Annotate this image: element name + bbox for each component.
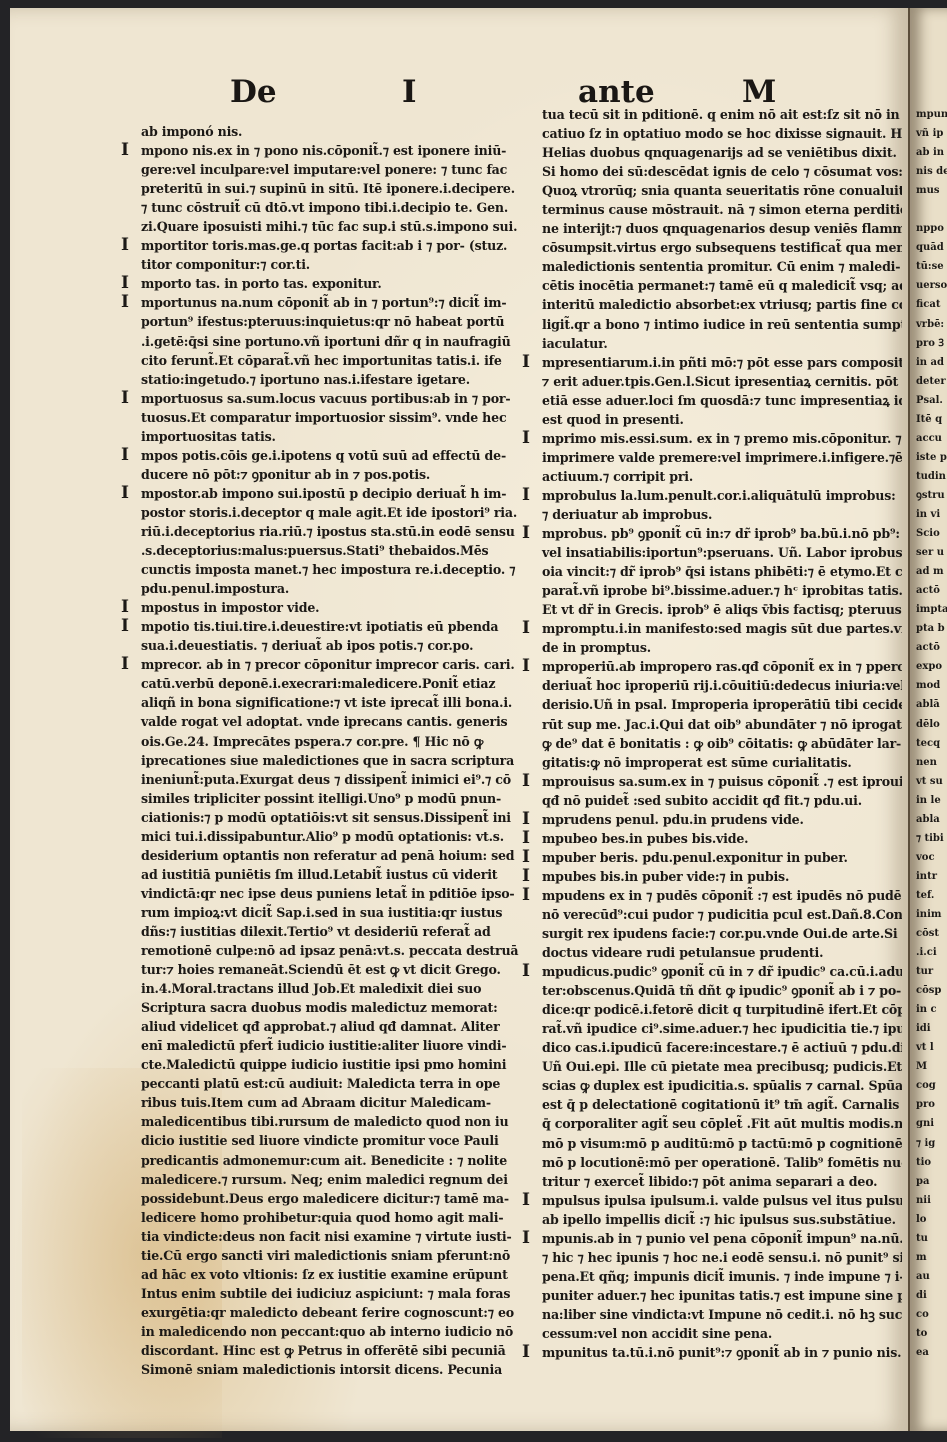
line-text: mpubes bis.in puber vide:⁊ in pubis. xyxy=(542,869,789,884)
text-line: ⁊ erit aduer.tpis.Gen.l.Sicut ipresentia… xyxy=(522,372,902,391)
text-line: mici tui.i.dissipabuntur.Alio⁹ p modū op… xyxy=(121,827,529,846)
line-text: discordant. Hinc est ꝙ Petrus in offerēt… xyxy=(141,1343,506,1358)
text-line: terminus cause mōstrauit. nā ⁊ simon ete… xyxy=(522,200,902,219)
text-line: interitū maledictio absorbet:ex vtriusq;… xyxy=(522,295,902,314)
line-text: in maledicendo non peccant:quo ab intern… xyxy=(141,1324,513,1339)
line-text: cito ferunt̃.Et cōparat̃.vñ hec importun… xyxy=(141,353,502,368)
line-text: tritur ⁊ exercet̃ libido:⁊ pōt anima sep… xyxy=(542,1174,877,1189)
line-text: ⁊ deriuatur ab improbus. xyxy=(542,507,712,522)
line-text: dñs:⁊ iustitias dilexit.Tertio⁹ vt desid… xyxy=(141,924,491,939)
fragment-line: in vi xyxy=(916,505,947,524)
entry-initial: I xyxy=(522,657,530,676)
fragment-line: deter xyxy=(916,372,947,391)
line-text: interitū maledictio absorbet:ex vtriusq;… xyxy=(542,297,902,312)
text-line: de in promptus. xyxy=(522,638,902,657)
text-line: etiā esse aduer.loci ſm quosdā:⁊ tunc im… xyxy=(522,391,902,410)
entry-initial: I xyxy=(121,293,129,312)
line-text: mō p locutionē:mō per operationē. Talib⁹… xyxy=(542,1155,902,1170)
line-text: ad hāc ex voto vltionis: ſz ex iustitie … xyxy=(141,1267,508,1282)
left-column: ab imponó nis.Impono nis.ex in ⁊ pono ni… xyxy=(121,122,529,1379)
text-line: Improuisus sa.sum.ex in ⁊ puisus cōponit… xyxy=(522,772,902,791)
line-text: ciationis:⁊ p modū optatiōis:vt sit sens… xyxy=(141,810,511,825)
text-line: Impuber beris. pdu.penul.exponitur in pu… xyxy=(522,848,902,867)
text-line: Intus enim subtile dei iudiciuz aspiciun… xyxy=(121,1284,529,1303)
entry-initial: I xyxy=(522,429,530,448)
text-line: aliud videlicet qđ approbat.⁊ aliud qđ d… xyxy=(121,1017,529,1036)
line-text: maledictionis sententia promitur. Cū eni… xyxy=(542,259,900,274)
text-line: iaculatur. xyxy=(522,334,902,353)
fragment-line: .i.ci xyxy=(916,943,947,962)
text-line: cunctis imposta manet.⁊ hec impostura re… xyxy=(121,560,529,579)
text-line: Impostus in impostor vide. xyxy=(121,598,529,617)
fragment-line: cōst xyxy=(916,924,947,943)
line-text: Simonē sniam maledictionis intorsit dice… xyxy=(141,1362,502,1377)
text-line: est quod in presenti. xyxy=(522,410,902,429)
text-line: Helias duobus qnquagenarijs ad se veniēt… xyxy=(522,143,902,162)
entry-initial: I xyxy=(121,446,129,465)
line-text: na:liber sine vindicta:vt Impune nō cedi… xyxy=(542,1307,902,1322)
text-line: tritur ⁊ exercet̃ libido:⁊ pōt anima sep… xyxy=(522,1172,902,1191)
fragment-line: impta xyxy=(916,600,947,619)
text-line: riū.i.deceptorius ria.riū.⁊ ipostus sta.… xyxy=(121,522,529,541)
text-line: ⁊ deriuatur ab improbus. xyxy=(522,505,902,524)
line-text: mpubeo bes.in pubes bis.vide. xyxy=(542,831,748,846)
line-text: mpresentiarum.i.in pñti mō:⁊ pōt esse pa… xyxy=(542,355,902,370)
line-text: rat̃.vñ ipudice ci⁹.sime.aduer.⁊ hec ipu… xyxy=(542,1021,902,1036)
fragment-line: in c xyxy=(916,1000,947,1019)
line-text: ne interijt:⁊ duos qnquagenarios desup v… xyxy=(542,221,902,236)
line-text: ⁊ tunc cōstruit̃ cū dtō.vt impono tibi.i… xyxy=(141,200,508,215)
text-line: catiuo ſz in optatiuo modo se hoc dixiss… xyxy=(522,124,902,143)
text-line: oia vincit:⁊ dr̃ iprob⁹ q̄si istans phib… xyxy=(522,562,902,581)
line-text: titor componitur:⁊ cor.ti. xyxy=(141,257,310,272)
fragment-line: tudin xyxy=(916,467,947,486)
text-line: enī maledictū pfert̃ iudicio iustitie:al… xyxy=(121,1036,529,1055)
fragment-line: pa xyxy=(916,1172,947,1191)
text-line: tur:⁊ hoies remaneāt.Sciendū ēt est ꝙ vt… xyxy=(121,960,529,979)
entry-initial: I xyxy=(522,1229,530,1248)
fragment-line: nppo xyxy=(916,219,947,238)
fragment-line: pta b xyxy=(916,619,947,638)
fragment-line: ea xyxy=(916,1343,947,1362)
text-line: maledictionis sententia promitur. Cū eni… xyxy=(522,257,902,276)
line-text: mpunitus ta.tū.i.nō punit⁹:⁊ ꝯponit̃ ab … xyxy=(542,1345,901,1360)
line-text: dice:qr podicē.i.fetorē dicit q turpitud… xyxy=(542,1002,902,1017)
text-line: Impono nis.ex in ⁊ pono nis.cōponit̃.⁊ e… xyxy=(121,141,529,160)
text-line: Importunus na.num cōponit̃ ab in ⁊ portu… xyxy=(121,293,529,312)
text-line: Impromptu.i.in manifesto:sed magis sūt d… xyxy=(522,619,902,638)
line-text: ab imponó nis. xyxy=(141,124,242,139)
text-line: maledicere.⁊ rursum. Neq; enim maledici … xyxy=(121,1170,529,1189)
text-line: ledicere homo prohibetur:quia quod homo … xyxy=(121,1208,529,1227)
text-line: Impotio tis.tiui.tire.i.deuestire:vt ipo… xyxy=(121,617,529,636)
line-text: rūt sup me. Jac.i.Qui dat oib⁹ abundāter… xyxy=(542,717,902,732)
line-text: aliqñ in bona significatione:⁊ vt iste i… xyxy=(141,695,512,710)
line-text: mportunus na.num cōponit̃ ab in ⁊ portun… xyxy=(141,295,506,310)
line-text: mici tui.i.dissipabuntur.Alio⁹ p modū op… xyxy=(141,829,504,844)
text-line: exurgētia:qr maledicto debeant ferire co… xyxy=(121,1303,529,1322)
fragment-line: ablā xyxy=(916,695,947,714)
text-line: imprimere valde premere:vel imprimere.i.… xyxy=(522,448,902,467)
text-line: Importuosus sa.sum.locus vacuus portibus… xyxy=(121,389,529,408)
line-text: vel insatiabilis:iportun⁹:pseruans. Uñ. … xyxy=(542,545,902,560)
line-text: puniter aduer.⁊ hec ipunitas tatis.⁊ est… xyxy=(542,1288,902,1303)
line-text: ois.Ge.24. Imprecātes pspera.⁊ cor.pre. … xyxy=(141,734,483,749)
text-line: possidebunt.Deus ergo maledicere dicitur… xyxy=(121,1189,529,1208)
line-text: tur:⁊ hoies remaneāt.Sciendū ēt est ꝙ vt… xyxy=(141,962,501,977)
line-text: mporto tas. in porto tas. exponitur. xyxy=(141,276,382,291)
line-text: ligit̃.qr a bono ⁊ intimo iudice in reū … xyxy=(542,317,902,332)
text-line: Imprecor. ab in ⁊ precor cōponitur impre… xyxy=(121,655,529,674)
text-line: mō p locutionē:mō per operationē. Talib⁹… xyxy=(522,1153,902,1172)
line-text: statio:ingetudo.⁊ iportuno nas.i.ifestar… xyxy=(141,372,470,387)
header-left: De xyxy=(230,76,277,108)
text-line: in.4.Moral.tractans illud Job.Et maledix… xyxy=(121,979,529,998)
text-line: dñs:⁊ iustitias dilexit.Tertio⁹ vt desid… xyxy=(121,922,529,941)
next-page-fragments: mpunvñ ipab innis demusnppoquādtū:seuers… xyxy=(916,105,947,1362)
text-line: deriuat̃ hoc iproperiū rij.i.cōuitiū:ded… xyxy=(522,676,902,695)
text-line: puniter aduer.⁊ hec ipunitas tatis.⁊ est… xyxy=(522,1286,902,1305)
line-text: mō p visum:mō p auditū:mō p tactū:mō p c… xyxy=(542,1136,902,1151)
fragment-line: actō xyxy=(916,581,947,600)
fragment-line: ad m xyxy=(916,562,947,581)
fragment-line: nen xyxy=(916,753,947,772)
line-text: mpono nis.ex in ⁊ pono nis.cōponit̃.⁊ es… xyxy=(141,143,506,158)
text-line: rūt sup me. Jac.i.Qui dat oib⁹ abundāter… xyxy=(522,715,902,734)
text-line: gere:vel inculpare:vel imputare:vel pone… xyxy=(121,160,529,179)
fragment-line: lo xyxy=(916,1210,947,1229)
text-line: preteritū in sui.⁊ supinū in sitū. Itē i… xyxy=(121,179,529,198)
line-text: ducere nō pōt:⁊ ꝯponitur ab in ⁊ pos.pot… xyxy=(141,467,430,482)
entry-initial: I xyxy=(522,962,530,981)
line-text: mprudens penul. pdu.in prudens vide. xyxy=(542,812,804,827)
text-line: predicantis admonemur:cum ait. Benedicit… xyxy=(121,1151,529,1170)
fragment-line: expo xyxy=(916,657,947,676)
fragment-line: cōsp xyxy=(916,981,947,1000)
text-line: pdu.penul.impostura. xyxy=(121,579,529,598)
fragment-line: to xyxy=(916,1324,947,1343)
fragment-line: co xyxy=(916,1305,947,1324)
text-line: Impresentiarum.i.in pñti mō:⁊ pōt esse p… xyxy=(522,353,902,372)
line-text: Quoꝝ vtrorūq; snia quanta seueritatis rō… xyxy=(542,183,902,198)
text-line: doctus videare rudi petulansue prudenti. xyxy=(522,943,902,962)
entry-initial: I xyxy=(121,655,129,674)
text-line: vindictā:qr nec ipse deus puniens letat̃… xyxy=(121,884,529,903)
line-text: tia vindicte:deus non facit nisi examine… xyxy=(141,1229,512,1244)
line-text: mpudens ex in ⁊ pudēs cōponit̃ :⁊ est ip… xyxy=(542,888,902,903)
line-text: sua.i.deuestiatis. ⁊ deriuat̃ ab ipos po… xyxy=(141,638,473,653)
line-text: derisio.Uñ in psal. Improperia iproperāt… xyxy=(542,697,902,712)
line-text: oia vincit:⁊ dr̃ iprob⁹ q̄si istans phib… xyxy=(542,564,902,579)
text-line: Impubes bis.in puber vide:⁊ in pubis. xyxy=(522,867,902,886)
fragment-line: vt su xyxy=(916,772,947,791)
line-text: Helias duobus qnquagenarijs ad se veniēt… xyxy=(542,145,897,160)
fragment-line: ser u xyxy=(916,543,947,562)
line-text: tie.Cū ergo sancti viri maledictionis sn… xyxy=(141,1248,510,1263)
line-text: mprobulus la.lum.penult.cor.i.aliquātulū… xyxy=(542,488,896,503)
text-line: rat̃.vñ ipudice ci⁹.sime.aduer.⁊ hec ipu… xyxy=(522,1019,902,1038)
text-line: dicio iustitie sed liuore vindicte promi… xyxy=(121,1131,529,1150)
text-line: Impunis.ab in ⁊ punio vel pena cōponit̃ … xyxy=(522,1229,902,1248)
fragment-line: au xyxy=(916,1267,947,1286)
text-line: vel insatiabilis:iportun⁹:pseruans. Uñ. … xyxy=(522,543,902,562)
line-text: .i.getē:q̄si sine portuno.vñ iportuni dñ… xyxy=(141,334,511,349)
book-page: De I ante M ab imponó nis.Impono nis.ex … xyxy=(10,8,908,1431)
fragment-line: tef. xyxy=(916,886,947,905)
line-text: maledicere.⁊ rursum. Neq; enim maledici … xyxy=(141,1172,508,1187)
entry-initial: I xyxy=(121,141,129,160)
entry-initial: I xyxy=(121,236,129,255)
line-text: mportitor toris.mas.ge.q portas facit:ab… xyxy=(141,238,507,253)
line-text: ad iustitiā puniētis ſm illud.Letabit̃ i… xyxy=(141,867,497,882)
line-text: catiuo ſz in optatiuo modo se hoc dixiss… xyxy=(542,126,902,141)
text-line: gitatis:ꝙ nō improperat est sūme curiali… xyxy=(522,753,902,772)
fragment-line: dēlo xyxy=(916,715,947,734)
text-line: Et vt dr̃ in Grecis. iprob⁹ ē aliqs v̄bi… xyxy=(522,600,902,619)
text-line: dice:qr podicē.i.fetorē dicit q turpitud… xyxy=(522,1000,902,1019)
fragment-line: gni xyxy=(916,1114,947,1133)
entry-initial: I xyxy=(121,598,129,617)
text-line: ducere nō pōt:⁊ ꝯponitur ab in ⁊ pos.pot… xyxy=(121,465,529,484)
text-line: ⁊ hic ⁊ hec ipunis ⁊ hoc ne.i eodē sensu… xyxy=(522,1248,902,1267)
text-line: Si homo dei sū:descēdat ignis de celo ⁊ … xyxy=(522,162,902,181)
line-text: mpostus in impostor vide. xyxy=(141,600,319,615)
header-letter: M xyxy=(742,76,776,108)
fragment-line: in ad xyxy=(916,353,947,372)
text-line: ineniunt̃:puta.Exurgat deus ⁊ dissipent̃… xyxy=(121,770,529,789)
text-line: Impostor.ab impono sui.ipostū p decipio … xyxy=(121,484,529,503)
entry-initial: I xyxy=(121,617,129,636)
line-text: rum impioꝝ:vt dicit̃ Sap.i.sed in sua iu… xyxy=(141,905,502,920)
text-line: statio:ingetudo.⁊ iportuno nas.i.ifestar… xyxy=(121,370,529,389)
fragment-line: quād xyxy=(916,238,947,257)
line-text: ab ipello impellis dicit̃ :⁊ hic ipulsus… xyxy=(542,1212,896,1227)
text-line: na:liber sine vindicta:vt Impune nō cedi… xyxy=(522,1305,902,1324)
text-line: q̄ corporaliter agit̃ seu cōplet̃ .Fit a… xyxy=(522,1114,902,1133)
fragment-line: tur xyxy=(916,962,947,981)
line-text: doctus videare rudi petulansue prudenti. xyxy=(542,945,823,960)
text-line: cōsumpsit.virtus ergo subsequens testifi… xyxy=(522,238,902,257)
fragment-line: accu xyxy=(916,429,947,448)
text-line: ribus tuis.Item cum ad Abraam dicitur Ma… xyxy=(121,1093,529,1112)
fragment-line: di xyxy=(916,1286,947,1305)
entry-initial: I xyxy=(522,353,530,372)
text-line: dico cas.i.ipudicū facere:incestare.⁊ ē … xyxy=(522,1038,902,1057)
entry-initial: I xyxy=(522,772,530,791)
line-text: gere:vel inculpare:vel imputare:vel pone… xyxy=(141,162,507,177)
text-line: pena.Et qñq; impunis dicit̃ imunis. ⁊ in… xyxy=(522,1267,902,1286)
fragment-line: pro xyxy=(916,1095,947,1114)
text-line: tia vindicte:deus non facit nisi examine… xyxy=(121,1227,529,1246)
text-line: zi.Quare iposuisti mihi.⁊ tūc fac sup.i … xyxy=(121,217,529,236)
fragment-line: ab in xyxy=(916,143,947,162)
text-line: ab imponó nis. xyxy=(121,122,529,141)
text-line: Importitor toris.mas.ge.q portas facit:a… xyxy=(121,236,529,255)
text-line: titor componitur:⁊ cor.ti. xyxy=(121,255,529,274)
line-text: valde rogat vel adoptat. vnde iprecans c… xyxy=(141,714,507,729)
fragment-line: ⁊ tibi xyxy=(916,829,947,848)
line-text: tua tecū sit in pditionē. q enim nō ait … xyxy=(542,107,902,122)
line-text: .s.deceptorius:malus:puersus.Stati⁹ theb… xyxy=(141,543,488,558)
text-line: cētis inocētia permanet:⁊ tamē eū q male… xyxy=(522,276,902,295)
line-text: q̄ corporaliter agit̃ seu cōplet̃ .Fit a… xyxy=(542,1116,902,1131)
fragment-line: ꝯstru xyxy=(916,486,947,505)
fragment-line: tū:se xyxy=(916,257,947,276)
text-line: Importo tas. in porto tas. exponitur. xyxy=(121,274,529,293)
text-line: ꝙ de⁹ dat ē bonitatis : ꝙ oib⁹ cōitatis:… xyxy=(522,734,902,753)
line-text: de in promptus. xyxy=(542,640,651,655)
text-line: discordant. Hinc est ꝙ Petrus in offerēt… xyxy=(121,1341,529,1360)
fragment-line: ⁊ ig xyxy=(916,1134,947,1153)
line-text: mproperiū.ab impropero ras.qđ cōponit̃ e… xyxy=(542,659,902,674)
text-line: sua.i.deuestiatis. ⁊ deriuat̃ ab ipos po… xyxy=(121,636,529,655)
text-line: importuositas tatis. xyxy=(121,427,529,446)
text-line: cte.Maledictū quippe iudicio iustitie ip… xyxy=(121,1055,529,1074)
fragment-line xyxy=(916,200,947,219)
line-text: pdu.penul.impostura. xyxy=(141,581,289,596)
header-middle: I xyxy=(402,76,417,108)
line-text: Scriptura sacra duobus modis maledictuz … xyxy=(141,1000,498,1015)
line-text: Si homo dei sū:descēdat ignis de celo ⁊ … xyxy=(542,164,902,179)
fragment-line: uerso xyxy=(916,276,947,295)
text-line: Impos potis.cōis ge.i.ipotens q votū suū… xyxy=(121,446,529,465)
text-line: ⁊ tunc cōstruit̃ cū dtō.vt impono tibi.i… xyxy=(121,198,529,217)
fragment-line: vt l xyxy=(916,1038,947,1057)
text-line: mō p visum:mō p auditū:mō p tactū:mō p c… xyxy=(522,1134,902,1153)
line-text: actiuum.⁊ corripit pri. xyxy=(542,469,693,484)
line-text: Uñ Oui.epi. Ille cū pietate mea precibus… xyxy=(542,1059,902,1074)
line-text: scias ꝙ duplex est ipudicitia.s. spūalis… xyxy=(542,1078,902,1093)
fragment-line: actō xyxy=(916,638,947,657)
line-text: Intus enim subtile dei iudiciuz aspiciun… xyxy=(141,1286,510,1301)
line-text: postor storis.i.deceptor q male agit.Et … xyxy=(141,505,517,520)
line-text: mpunis.ab in ⁊ punio vel pena cōponit̃ i… xyxy=(542,1231,902,1246)
text-line: ab ipello impellis dicit̃ :⁊ hic ipulsus… xyxy=(522,1210,902,1229)
entry-initial: I xyxy=(522,1343,530,1362)
line-text: ⁊ erit aduer.tpis.Gen.l.Sicut ipresentia… xyxy=(542,374,898,389)
fragment-line: abla xyxy=(916,810,947,829)
line-text: ledicere homo prohibetur:quia quod homo … xyxy=(141,1210,503,1225)
line-text: mprecor. ab in ⁊ precor cōponitur imprec… xyxy=(141,657,515,672)
entry-initial: I xyxy=(522,848,530,867)
line-text: catū.verbū deponē.i.execrari:maledicere.… xyxy=(141,676,495,691)
line-text: ribus tuis.Item cum ad Abraam dicitur Ma… xyxy=(141,1095,491,1110)
text-line: qđ nō puidet̃ :sed subito accidit qđ fit… xyxy=(522,791,902,810)
text-line: derisio.Uñ in psal. Improperia iproperāt… xyxy=(522,695,902,714)
text-line: peccanti platū est:cū audiuit: Maledicta… xyxy=(121,1074,529,1093)
entry-initial: I xyxy=(522,524,530,543)
text-line: tie.Cū ergo sancti viri maledictionis sn… xyxy=(121,1246,529,1265)
text-line: Quoꝝ vtrorūq; snia quanta seueritatis rō… xyxy=(522,181,902,200)
text-line: iprecationes siue maledictiones que in s… xyxy=(121,751,529,770)
line-text: cte.Maledictū quippe iudicio iustitie ip… xyxy=(141,1057,506,1072)
line-text: predicantis admonemur:cum ait. Benedicit… xyxy=(141,1153,507,1168)
line-text: mpostor.ab impono sui.ipostū p decipio d… xyxy=(141,486,506,501)
fragment-line: nii xyxy=(916,1191,947,1210)
fragment-line: Scio xyxy=(916,524,947,543)
fragment-line: m xyxy=(916,1248,947,1267)
right-column: tua tecū sit in pditionē. q enim nō ait … xyxy=(522,105,902,1362)
line-text: imprimere valde premere:vel imprimere.i.… xyxy=(542,450,902,465)
text-line: ad iustitiā puniētis ſm illud.Letabit̃ i… xyxy=(121,865,529,884)
line-text: preteritū in sui.⁊ supinū in sitū. Itē i… xyxy=(141,181,515,196)
text-line: maledicentibus tibi.rursum de maledicto … xyxy=(121,1112,529,1131)
text-line: nō verecūd⁹:cui pudor ⁊ pudicitia pcul e… xyxy=(522,905,902,924)
text-line: portun⁹ ifestus:pteruus:inquietus:qr nō … xyxy=(121,312,529,331)
text-line: ligit̃.qr a bono ⁊ intimo iudice in reū … xyxy=(522,315,902,334)
line-text: gitatis:ꝙ nō improperat est sūme curiali… xyxy=(542,755,852,770)
line-text: mpudicus.pudic⁹ ꝯponit̃ cū in ⁊ dr̃ ipud… xyxy=(542,964,902,979)
entry-initial: I xyxy=(121,389,129,408)
header-right: ante xyxy=(578,76,655,108)
entry-initial: I xyxy=(121,484,129,503)
line-text: tuosus.Et comparatur importuosior sissim… xyxy=(141,410,506,425)
fragment-line: Psal. xyxy=(916,391,947,410)
entry-initial: I xyxy=(522,810,530,829)
line-text: pena.Et qñq; impunis dicit̃ imunis. ⁊ in… xyxy=(542,1269,902,1284)
line-text: iprecationes siue maledictiones que in s… xyxy=(141,753,514,768)
text-line: postor storis.i.deceptor q male agit.Et … xyxy=(121,503,529,522)
line-text: cessum:vel non accidit sine pena. xyxy=(542,1326,772,1341)
entry-initial: I xyxy=(522,486,530,505)
line-text: dicio iustitie sed liuore vindicte promi… xyxy=(141,1133,499,1148)
line-text: mpuber beris. pdu.penul.exponitur in pub… xyxy=(542,850,848,865)
text-line: parat̃.vñ iprobe bi⁹.bissime.aduer.⁊ hᶜ … xyxy=(522,581,902,600)
line-text: riū.i.deceptorius ria.riū.⁊ ipostus sta.… xyxy=(141,524,515,539)
line-text: surgit rex ipudens facie:⁊ cor.pu.vnde O… xyxy=(542,926,898,941)
text-line: .s.deceptorius:malus:puersus.Stati⁹ theb… xyxy=(121,541,529,560)
line-text: terminus cause mōstrauit. nā ⁊ simon ete… xyxy=(542,202,902,217)
fragment-line: pro Ꝫ xyxy=(916,334,947,353)
line-text: cunctis imposta manet.⁊ hec impostura re… xyxy=(141,562,515,577)
line-text: mpulsus ipulsa ipulsum.i. valde pulsus v… xyxy=(542,1193,902,1208)
text-line: Improbus. pb⁹ ꝯponit̃ cū in:⁊ dr̃ iprob⁹… xyxy=(522,524,902,543)
fragment-line: mod xyxy=(916,676,947,695)
text-line: rum impioꝝ:vt dicit̃ Sap.i.sed in sua iu… xyxy=(121,903,529,922)
line-text: parat̃.vñ iprobe bi⁹.bissime.aduer.⁊ hᶜ … xyxy=(542,583,902,598)
line-text: mpromptu.i.in manifesto:sed magis sūt du… xyxy=(542,621,902,636)
entry-initial: I xyxy=(522,1191,530,1210)
fragment-line: inim xyxy=(916,905,947,924)
text-line: Imprimo mis.essi.sum. ex in ⁊ premo mis.… xyxy=(522,429,902,448)
next-page-edge: mpunvñ ipab innis demusnppoquādtū:seuers… xyxy=(908,8,947,1431)
fragment-line: tu xyxy=(916,1229,947,1248)
line-text: aliud videlicet qđ approbat.⁊ aliud qđ d… xyxy=(141,1019,500,1034)
line-text: remotionē culpe:nō ad ipsaz penā:vt.s. p… xyxy=(141,943,518,958)
text-line: ois.Ge.24. Imprecātes pspera.⁊ cor.pre. … xyxy=(121,732,529,751)
line-text: Et vt dr̃ in Grecis. iprob⁹ ē aliqs v̄bi… xyxy=(542,602,902,617)
line-text: mprobus. pb⁹ ꝯponit̃ cū in:⁊ dr̃ iprob⁹ … xyxy=(542,526,900,541)
text-line: valde rogat vel adoptat. vnde iprecans c… xyxy=(121,712,529,731)
line-text: etiā esse aduer.loci ſm quosdā:⁊ tunc im… xyxy=(542,393,902,408)
text-line: Impubeo bes.in pubes bis.vide. xyxy=(522,829,902,848)
fragment-line: idi xyxy=(916,1019,947,1038)
text-line: cito ferunt̃.Et cōparat̃.vñ hec importun… xyxy=(121,351,529,370)
text-line: tuosus.Et comparatur importuosior sissim… xyxy=(121,408,529,427)
text-line: Improbulus la.lum.penult.cor.i.aliquātul… xyxy=(522,486,902,505)
line-text: in.4.Moral.tractans illud Job.Et maledix… xyxy=(141,981,481,996)
line-text: exurgētia:qr maledicto debeant ferire co… xyxy=(141,1305,514,1320)
line-text: vindictā:qr nec ipse deus puniens letat̃… xyxy=(141,886,514,901)
text-line: Impulsus ipulsa ipulsum.i. valde pulsus … xyxy=(522,1191,902,1210)
line-text: dico cas.i.ipudicū facere:incestare.⁊ ē … xyxy=(542,1040,902,1055)
text-line: Impudicus.pudic⁹ ꝯponit̃ cū in ⁊ dr̃ ipu… xyxy=(522,962,902,981)
text-line: Impunitus ta.tū.i.nō punit⁹:⁊ ꝯponit̃ ab… xyxy=(522,1343,902,1362)
text-line: Imprudens penul. pdu.in prudens vide. xyxy=(522,810,902,829)
entry-initial: I xyxy=(522,829,530,848)
line-text: deriuat̃ hoc iproperiū rij.i.cōuitiū:ded… xyxy=(542,678,902,693)
entry-initial: I xyxy=(522,886,530,905)
